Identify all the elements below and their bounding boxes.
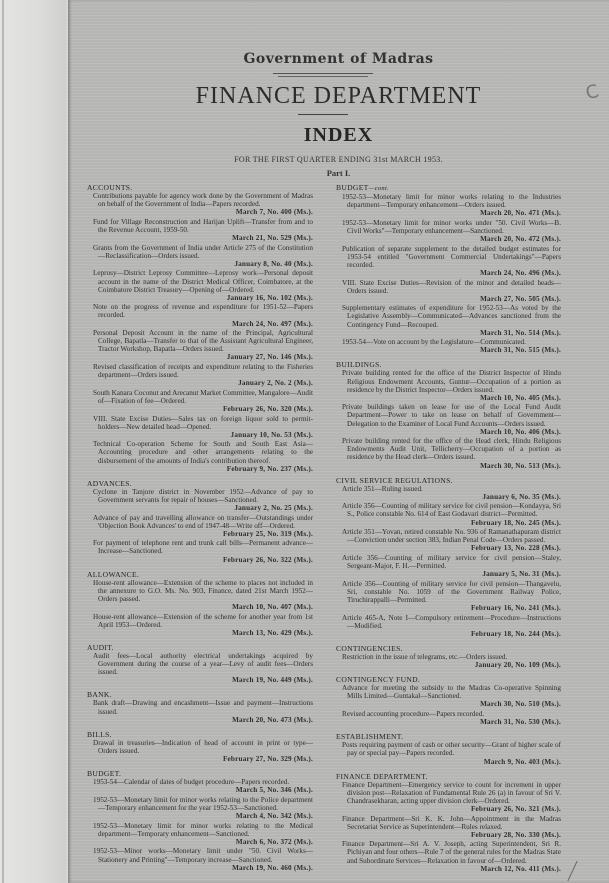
index-entry: 1952-53—Monetary limit for minor works u… — [342, 219, 561, 243]
pencil-mark — [567, 861, 577, 881]
index-entry: Finance Department—Sri A. V. Joseph, act… — [342, 840, 561, 872]
index-entry: House-rent allowance—Extension of the sc… — [93, 613, 313, 637]
section-heading-text: BUDGET — [336, 183, 369, 192]
index-entry: 1952-53—Minor works—Monetary limit under… — [93, 847, 313, 871]
order-reference: March 10, No. 406 (Ms.). — [347, 428, 561, 436]
section-heading-text: FINANCE DEPARTMENT. — [336, 772, 428, 781]
part-label: Part I. — [68, 168, 609, 178]
entry-subject: Note on the progress of revenue and expe… — [98, 303, 313, 319]
order-reference: March 12, No. 411 (Ms.). — [347, 865, 561, 873]
section-heading-text: BANK. — [87, 690, 112, 699]
entry-subject: Supplementary estimates of expenditure f… — [347, 304, 561, 328]
order-reference: March 10, No. 407 (Ms.). — [98, 603, 313, 611]
index-section: ESTABLISHMENT.Posts requiring payment of… — [336, 733, 561, 765]
entry-subject: Contributions payable for agency work do… — [98, 192, 313, 208]
department-title: FINANCE DEPARTMENT — [68, 83, 609, 110]
entry-subject: Personal Deposit Account in the name of … — [98, 329, 313, 353]
order-reference: March 19, No. 460 (Ms.). — [98, 864, 313, 872]
index-section: ACCOUNTS.Contributions payable for agenc… — [87, 184, 313, 473]
section-heading-text: BILLS. — [87, 730, 112, 739]
order-reference: March 7, No. 400 (Ms.). — [98, 208, 313, 216]
index-column-right: BUDGET—cont.1952-53—Monetary limit for m… — [336, 184, 561, 880]
index-entry: Publication of separate supplement to th… — [342, 245, 561, 277]
entry-subject: Posts requiring payment of cash or other… — [347, 741, 561, 757]
order-reference: February 13, No. 228 (Ms.). — [347, 544, 561, 552]
entry-subject: For payment of telephone rent and trunk … — [98, 539, 313, 555]
order-reference: March 9, No. 403 (Ms.). — [347, 758, 561, 766]
index-entry: 1953-54—Vote on account by the Legislatu… — [342, 338, 561, 354]
order-reference: January 8, No. 40 (Ms.). — [98, 260, 313, 268]
index-entry: Finance Department—Sri K. K. John—Appoin… — [342, 815, 561, 839]
entry-subject: Finance Department—Sri K. K. John—Appoin… — [347, 815, 561, 831]
index-entry: Revised classification of receipts and e… — [93, 363, 313, 387]
entry-subject: Article 356—Counting of military service… — [347, 580, 561, 604]
entry-subject: Leprosy—District Leprosy Committee—Lepro… — [98, 269, 313, 293]
entry-subject: Private buildings taken on lease for use… — [347, 403, 561, 427]
index-entry: Article 351—Ruling issued.January 6, No.… — [342, 485, 561, 501]
order-reference: February 18, No. 244 (Ms.). — [347, 630, 561, 638]
entry-subject: 1952-53—Monetary limit for minor works r… — [98, 796, 313, 812]
order-reference: March 20, No. 473 (Ms.). — [98, 716, 313, 724]
order-reference: February 26, No. 320 (Ms.). — [98, 405, 313, 413]
section-heading-text: ALLOWANCE. — [87, 570, 139, 579]
index-entry: Personal Deposit Account in the name of … — [93, 329, 313, 361]
section-heading: CIVIL SERVICE REGULATIONS. — [336, 477, 561, 485]
section-heading-text: BUDGET. — [87, 769, 121, 778]
order-reference: March 31, No. 515 (Ms.). — [347, 346, 561, 354]
order-reference: January 6, No. 35 (Ms.). — [347, 493, 561, 501]
index-entry: 1952-53—Monetary limit for minor works r… — [93, 796, 313, 820]
index-section: BUILDINGS.Private building rented for th… — [336, 361, 561, 469]
order-reference: January 5, No. 31 (Ms.). — [347, 570, 561, 578]
index-entry: Article 356—Counting of military service… — [342, 502, 561, 526]
index-entry: Cyclone in Tanjore district in November … — [93, 488, 313, 512]
index-entry: Revised accounting procedure—Papers reco… — [342, 710, 561, 726]
index-section: FINANCE DEPARTMENT.Finance Department—Em… — [336, 773, 561, 873]
entry-subject: House-rent allowance—Extension of the sc… — [98, 613, 313, 629]
scan-left-margin — [0, 0, 66, 883]
order-reference: March 27, No. 505 (Ms.). — [347, 295, 561, 303]
index-section: CONTINGENCY FUND.Advance for meeting the… — [336, 676, 561, 726]
index-entry: Private building rented for the office o… — [342, 369, 561, 401]
index-entry: Grants from the Government of India unde… — [93, 244, 313, 268]
entry-subject: Advance for meeting the subsidy to the M… — [347, 684, 561, 700]
order-reference: March 20, No. 471 (Ms.). — [347, 209, 561, 217]
order-reference: March 10, No. 405 (Ms.). — [347, 394, 561, 402]
section-heading: FINANCE DEPARTMENT. — [336, 773, 561, 781]
section-heading: ACCOUNTS. — [87, 184, 313, 192]
entry-subject: Grants from the Government of India unde… — [98, 244, 313, 260]
order-reference: March 19, No. 449 (Ms.). — [98, 676, 313, 684]
section-heading: ESTABLISHMENT. — [336, 733, 561, 741]
section-heading-text: CONTINGENCIES. — [336, 644, 403, 653]
order-reference: February 25, No. 319 (Ms.). — [98, 530, 313, 538]
order-reference: March 30, No. 513 (Ms.). — [347, 462, 561, 470]
index-entry: For payment of telephone rent and trunk … — [93, 539, 313, 563]
order-reference: January 27, No. 146 (Ms.). — [98, 353, 313, 361]
order-reference: January 2, No. 2 (Ms.). — [98, 379, 313, 387]
order-reference: February 27, No. 329 (Ms.). — [98, 755, 313, 763]
entry-subject: Article 356—Counting of military service… — [347, 554, 561, 570]
divider-rule — [273, 73, 373, 74]
entry-subject: Revised accounting procedure—Papers reco… — [347, 710, 561, 718]
entry-subject: Advance of pay and travelling allowance … — [98, 514, 313, 530]
index-section: ALLOWANCE.House-rent allowance—Extension… — [87, 571, 313, 637]
section-heading: BUDGET—cont. — [336, 184, 561, 193]
index-column-left: ACCOUNTS.Contributions payable for agenc… — [87, 184, 313, 879]
entry-subject: Technical Co-operation Scheme for South … — [98, 440, 313, 464]
order-reference: January 2, No. 25 (Ms.). — [98, 504, 313, 512]
section-heading: BUDGET. — [87, 770, 313, 778]
entry-subject: Private building rented for the office o… — [347, 437, 561, 461]
entry-subject: 1952-53—Minor works—Monetary limit under… — [98, 847, 313, 863]
section-heading: AUDIT. — [87, 644, 313, 652]
index-entry: South Kanara Coconut and Arecanut Market… — [93, 389, 313, 413]
section-heading: BUILDINGS. — [336, 361, 561, 369]
section-heading-text: ESTABLISHMENT. — [336, 732, 403, 741]
government-heading: Government of Madras — [68, 51, 609, 67]
section-heading-text: CIVIL SERVICE REGULATIONS. — [336, 476, 453, 485]
section-heading: CONTINGENCY FUND. — [336, 676, 561, 684]
order-reference: March 21, No. 529 (Ms.). — [98, 234, 313, 242]
index-entry: Posts requiring payment of cash or other… — [342, 741, 561, 765]
entry-subject: Publication of separate supplement to th… — [347, 245, 561, 269]
index-section: ADVANCES.Cyclone in Tanjore district in … — [87, 480, 313, 564]
divider-rule — [278, 76, 368, 77]
entry-subject: Revised classification of receipts and e… — [98, 363, 313, 379]
section-heading-text: CONTINGENCY FUND. — [336, 675, 420, 684]
index-section: BANK.Bank draft—Drawing and encashment—I… — [87, 691, 313, 723]
order-reference: March 24, No. 497 (Ms.). — [98, 320, 313, 328]
binding-edge — [2, 0, 4, 883]
section-heading-text: BUILDINGS. — [336, 360, 382, 369]
index-section: CONTINGENCIES.Restriction in the issue o… — [336, 645, 561, 669]
index-entry: 1953-54—Calendar of dates of budget proc… — [93, 778, 313, 794]
entry-subject: 1952-53—Monetary limit for minor works u… — [347, 219, 561, 235]
index-entry: Article 356—Counting of military service… — [342, 580, 561, 612]
section-heading: BANK. — [87, 691, 313, 699]
index-section: BUDGET—cont.1952-53—Monetary limit for m… — [336, 184, 561, 354]
entry-subject: Article 351—Ruling issued. — [347, 485, 561, 493]
index-entry: House-rent allowance—Extension of the sc… — [93, 579, 313, 611]
index-entry: Audit fees—Local authority electrical un… — [93, 652, 313, 684]
section-heading-text: ACCOUNTS. — [87, 183, 133, 192]
section-heading-text: ADVANCES. — [87, 479, 132, 488]
entry-subject: VIII. State Excise Duties—Sales tax on f… — [98, 415, 313, 431]
entry-subject: 1952-53—Monetary limit for minor works r… — [347, 193, 561, 209]
order-reference: January 20, No. 109 (Ms.). — [347, 661, 561, 669]
index-section: BILLS.Drawal in treasuries—Indication of… — [87, 731, 313, 763]
index-entry: Finance Department—Emergency service to … — [342, 781, 561, 813]
index-title: INDEX — [68, 124, 609, 147]
entry-subject: Drawal in treasuries—Indication of head … — [98, 739, 313, 755]
order-reference: February 26, No. 322 (Ms.). — [98, 556, 313, 564]
order-reference: March 20, No. 472 (Ms.). — [347, 235, 561, 243]
index-entry: Article 351—Yovan, retired constable No.… — [342, 528, 561, 552]
divider-rule — [298, 114, 348, 115]
section-heading-text: AUDIT. — [87, 643, 114, 652]
entry-subject: Fund for Village Reconstruction and Hari… — [98, 218, 313, 234]
entry-subject: Bank draft—Drawing and encashment—Issue … — [98, 699, 313, 715]
index-entry: 1952-53—Monetary limit for minor works r… — [93, 822, 313, 846]
index-entry: Contributions payable for agency work do… — [93, 192, 313, 216]
index-entry: Restriction in the issue of telegrams, e… — [342, 653, 561, 669]
entry-subject: Restriction in the issue of telegrams, e… — [347, 653, 561, 661]
index-entry: Article 356—Counting of military service… — [342, 554, 561, 578]
section-heading: ADVANCES. — [87, 480, 313, 488]
entry-subject: House-rent allowance—Extension of the sc… — [98, 579, 313, 603]
index-entry: Fund for Village Reconstruction and Hari… — [93, 218, 313, 242]
entry-subject: Finance Department—Sri A. V. Joseph, act… — [347, 840, 561, 864]
order-reference: March 6, No. 372 (Ms.). — [98, 838, 313, 846]
order-reference: January 16, No. 102 (Ms.). — [98, 294, 313, 302]
index-entry: Note on the progress of revenue and expe… — [93, 303, 313, 327]
order-reference: February 9, No. 237 (Ms.). — [98, 465, 313, 473]
index-entry: Supplementary estimates of expenditure f… — [342, 304, 561, 336]
order-reference: March 24, No. 496 (Ms.). — [347, 269, 561, 277]
index-entry: 1952-53—Monetary limit for minor works r… — [342, 193, 561, 217]
order-reference: March 30, No. 510 (Ms.). — [347, 700, 561, 708]
order-reference: March 5, No. 346 (Ms.). — [98, 786, 313, 794]
order-reference: March 31, No. 530 (Ms.). — [347, 718, 561, 726]
index-entry: Private building rented for the office o… — [342, 437, 561, 469]
index-section: AUDIT.Audit fees—Local authority electri… — [87, 644, 313, 684]
entry-subject: Article 351—Yovan, retired constable No.… — [347, 528, 561, 544]
continued-marker: —cont. — [369, 185, 389, 192]
document-page: Government of Madras FINANCE DEPARTMENT … — [68, 0, 609, 883]
index-entry: VIII. State Excise Duties—Revision of th… — [342, 279, 561, 303]
order-reference: February 28, No. 330 (Ms.). — [347, 831, 561, 839]
entry-subject: Finance Department—Emergency service to … — [347, 781, 561, 805]
entry-subject: Article 465-A, Note I—Compulsory retirem… — [347, 614, 561, 630]
section-heading: BILLS. — [87, 731, 313, 739]
index-entry: Bank draft—Drawing and encashment—Issue … — [93, 699, 313, 723]
section-heading: CONTINGENCIES. — [336, 645, 561, 653]
index-entry: Article 465-A, Note I—Compulsory retirem… — [342, 614, 561, 638]
section-heading: ALLOWANCE. — [87, 571, 313, 579]
entry-subject: Cyclone in Tanjore district in November … — [98, 488, 313, 504]
order-reference: March 4, No. 342 (Ms.). — [98, 812, 313, 820]
entry-subject: South Kanara Coconut and Arecanut Market… — [98, 389, 313, 405]
index-entry: Advance for meeting the subsidy to the M… — [342, 684, 561, 708]
entry-subject: 1952-53—Monetary limit for minor works r… — [98, 822, 313, 838]
entry-subject: VIII. State Excise Duties—Revision of th… — [347, 279, 561, 295]
index-entry: VIII. State Excise Duties—Sales tax on f… — [93, 415, 313, 439]
order-reference: February 16, No. 241 (Ms.). — [347, 604, 561, 612]
entry-subject: Article 356—Counting of military service… — [347, 502, 561, 518]
order-reference: March 13, No. 429 (Ms.). — [98, 629, 313, 637]
index-entry: Advance of pay and travelling allowance … — [93, 514, 313, 538]
index-entry: Leprosy—District Leprosy Committee—Lepro… — [93, 269, 313, 301]
entry-subject: 1953-54—Vote on account by the Legislatu… — [347, 338, 561, 346]
index-section: BUDGET.1953-54—Calendar of dates of budg… — [87, 770, 313, 872]
entry-subject: Private building rented for the office o… — [347, 369, 561, 393]
index-section: CIVIL SERVICE REGULATIONS.Article 351—Ru… — [336, 477, 561, 638]
index-entry: Private buildings taken on lease for use… — [342, 403, 561, 435]
entry-subject: 1953-54—Calendar of dates of budget proc… — [98, 778, 313, 786]
entry-subject: Audit fees—Local authority electrical un… — [98, 652, 313, 676]
index-entry: Technical Co-operation Scheme for South … — [93, 440, 313, 472]
order-reference: March 31, No. 514 (Ms.). — [347, 329, 561, 337]
index-entry: Drawal in treasuries—Indication of head … — [93, 739, 313, 763]
order-reference: January 10, No. 53 (Ms.). — [98, 431, 313, 439]
order-reference: February 26, No. 321 (Ms.). — [347, 805, 561, 813]
period-subtitle: FOR THE FIRST QUARTER ENDING 31st MARCH … — [68, 155, 609, 164]
order-reference: February 18, No. 245 (Ms.). — [347, 519, 561, 527]
